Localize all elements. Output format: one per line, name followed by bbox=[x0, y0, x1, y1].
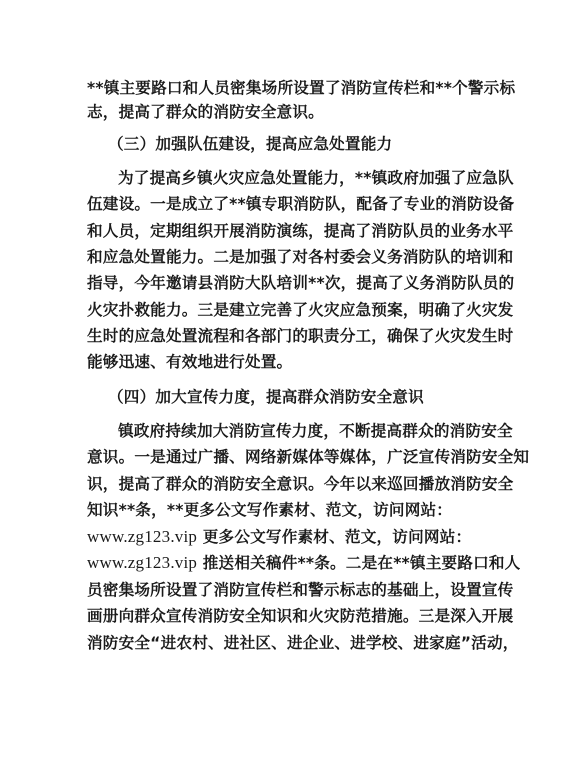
paragraph-line: 和人员，定期组织开展消防演练，提高了消防队员的业务水平 bbox=[87, 221, 507, 241]
paragraph-line: 知识**条，**更多公文写作素材、范文，访问网站： bbox=[87, 500, 507, 520]
website-url: www.zg123.vip bbox=[87, 553, 197, 572]
paragraph-line: 火灾扑救能力。三是建立完善了火灾应急预案，明确了火灾发 bbox=[87, 300, 507, 320]
document-page: **镇主要路口和人员密集场所设置了消防宣传栏和**个警示标 志，提高了群众的消防… bbox=[0, 0, 586, 759]
paragraph-line: 生时的应急处置流程和各部门的职责分工，确保了火灾发生时 bbox=[87, 326, 507, 346]
website-url: www.zg123.vip bbox=[87, 527, 197, 546]
paragraph-line: www.zg123.vip 更多公文写作素材、范文，访问网站： bbox=[87, 527, 507, 547]
section-heading-4: （四）加大宣传力度，提高群众消防安全意识 bbox=[108, 387, 528, 407]
paragraph-line: 能够迅速、有效地进行处置。 bbox=[87, 352, 507, 372]
paragraph-line: 指导，今年邀请县消防大队培训**次，提高了义务消防队员的 bbox=[87, 273, 507, 293]
paragraph-text: 推送相关稿件**条。二是在**镇主要路口和人 bbox=[203, 554, 521, 572]
paragraph-line: 识，提高了群众的消防安全意识。今年以来巡回播放消防安全 bbox=[87, 474, 507, 494]
paragraph-line: 志，提高了群众的消防安全意识。 bbox=[87, 102, 507, 122]
paragraph-line: 画册向群众宣传消防安全知识和火灾防范措施。三是深入开展 bbox=[87, 606, 507, 626]
paragraph-line: 镇政府持续加大消防宣传力度，不断提高群众的消防安全 bbox=[118, 421, 538, 441]
paragraph-line: 消防安全“进农村、进社区、进企业、进学校、进家庭”活动， bbox=[87, 633, 507, 653]
paragraph-line: 为了提高乡镇火灾应急处置能力，**镇政府加强了应急队 bbox=[118, 168, 538, 188]
paragraph-line: 和应急处置能力。二是加强了对各村委会义务消防队的培训和 bbox=[87, 247, 507, 267]
paragraph-line: www.zg123.vip 推送相关稿件**条。二是在**镇主要路口和人 bbox=[87, 553, 507, 573]
paragraph-line: 员密集场所设置了消防宣传栏和警示标志的基础上，设置宣传 bbox=[87, 580, 507, 600]
paragraph-line: 伍建设。一是成立了**镇专职消防队，配备了专业的消防设备 bbox=[87, 194, 507, 214]
paragraph-text: 更多公文写作素材、范文，访问网站： bbox=[203, 528, 472, 546]
paragraph-line: **镇主要路口和人员密集场所设置了消防宣传栏和**个警示标 bbox=[87, 78, 507, 98]
section-heading-3: （三）加强队伍建设，提高应急处置能力 bbox=[108, 134, 528, 154]
paragraph-line: 意识。一是通过广播、网络新媒体等媒体，广泛宣传消防安全知 bbox=[87, 447, 507, 467]
